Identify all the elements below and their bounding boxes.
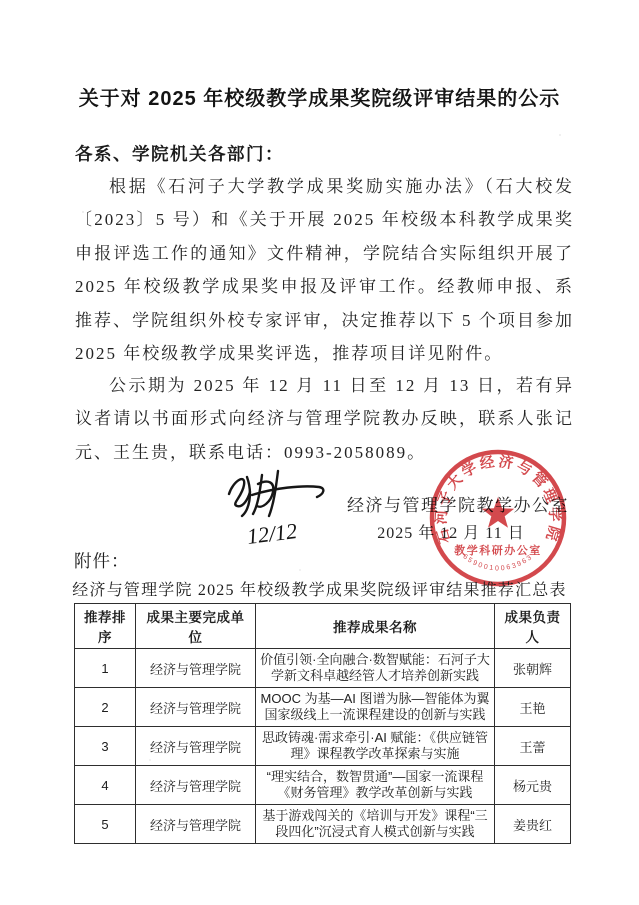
header-leader: 成果负责人 [495,604,571,649]
cell-unit: 经济与管理学院 [136,727,256,766]
salutation: 各系、学院机关各部门： [75,141,284,166]
cell-rank: 5 [75,805,136,844]
header-unit: 成果主要完成单位 [136,604,256,649]
header-rank: 推荐排序 [75,604,136,649]
handwritten-date: 12/12 [246,518,299,549]
results-table: 推荐排序 成果主要完成单位 推荐成果名称 成果负责人 1 经济与管理学院 价值引… [74,603,571,844]
cell-rank: 3 [75,727,136,766]
cell-achievement: 基于游戏闯关的《培训与开发》课程“三段四化”沉浸式育人模式创新与实践 [256,805,495,844]
cell-unit: 经济与管理学院 [136,649,256,688]
scanned-notice-page: 关于对 2025 年校级教学成果奖院级评审结果的公示 各系、学院机关各部门： 根… [0,0,639,905]
cell-rank: 4 [75,766,136,805]
table-row: 5 经济与管理学院 基于游戏闯关的《培训与开发》课程“三段四化”沉浸式育人模式创… [75,805,571,844]
cell-unit: 经济与管理学院 [136,805,256,844]
attachment-table-title: 经济与管理学院 2025 年校级教学成果奖院级评审结果推荐汇总表 [0,577,639,600]
cell-achievement: “理实结合，数智贯通”—国家一流课程《财务管理》教学改革创新与实践 [256,766,495,805]
cell-leader: 张朝辉 [495,649,571,688]
handwritten-signature: 12/12 [222,458,340,556]
attachment-label: 附件： [74,548,130,573]
table-header-row: 推荐排序 成果主要完成单位 推荐成果名称 成果负责人 [75,604,571,649]
cell-leader: 王蕾 [495,727,571,766]
cell-achievement: 思政铸魂·需求牵引·AI 赋能：《供应链管理》课程教学改革探索与实施 [256,727,495,766]
table-row: 1 经济与管理学院 价值引领·全向融合·数智赋能：石河子大学新文科卓越经管人才培… [75,649,571,688]
header-achievement: 推荐成果名称 [256,604,495,649]
cell-leader: 杨元贵 [495,766,571,805]
body-paragraph-1: 根据《石河子大学教学成果奖励实施办法》（石大校发〔2023〕5 号）和《关于开展… [75,170,574,370]
cell-unit: 经济与管理学院 [136,766,256,805]
table-row: 4 经济与管理学院 “理实结合，数智贯通”—国家一流课程《财务管理》教学改革创新… [75,766,571,805]
cell-rank: 2 [75,688,136,727]
table-row: 3 经济与管理学院 思政铸魂·需求牵引·AI 赋能：《供应链管理》课程教学改革探… [75,727,571,766]
star-icon [482,497,514,528]
cell-achievement: MOOC 为基—AI 图谱为脉—智能体为翼国家级线上一流课程建设的创新与实践 [256,688,495,727]
cell-leader: 王艳 [495,688,571,727]
cell-rank: 1 [75,649,136,688]
cell-unit: 经济与管理学院 [136,688,256,727]
cell-leader: 姜贵红 [495,805,571,844]
page-title: 关于对 2025 年校级教学成果奖院级评审结果的公示 [0,82,639,111]
cell-achievement: 价值引领·全向融合·数智赋能：石河子大学新文科卓越经管人才培养创新实践 [256,649,495,688]
official-seal: 石河子大学经济与管理学院 教学科研办公室 6590010063963 [418,446,578,596]
table-row: 2 经济与管理学院 MOOC 为基—AI 图谱为脉—智能体为翼国家级线上一流课程… [75,688,571,727]
